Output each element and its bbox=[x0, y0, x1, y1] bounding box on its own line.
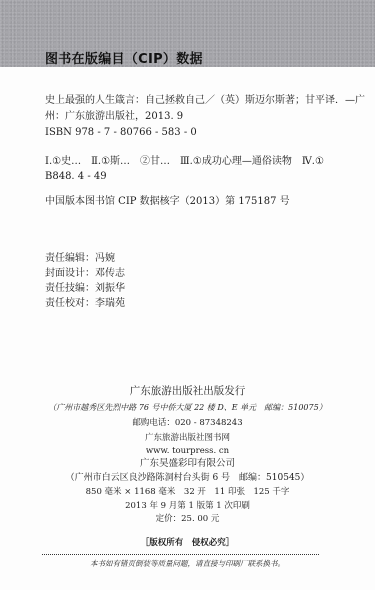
credit-proofreader: 责任校对：李瑞苑 bbox=[45, 298, 125, 310]
printer-address: （广州市白云区良沙路陈洞村台头街 6 号 邮编：510545） bbox=[0, 472, 375, 484]
publisher-phone: 邮购电话：020 - 87348243 bbox=[0, 417, 375, 429]
publisher-issuer: 广东旅游出版社出版发行 bbox=[0, 385, 375, 397]
credit-name: 邓传志 bbox=[95, 268, 125, 279]
spec-edition: 2013 年 9 月第 1 版第 1 次印刷 bbox=[0, 500, 375, 512]
publisher-website-label: 广东旅游出版社图书网 bbox=[0, 432, 375, 444]
credit-role: 责任技编： bbox=[45, 283, 95, 294]
spec-format: 850 毫米 × 1168 毫米 32 开 11 印张 125 千字 bbox=[0, 486, 375, 498]
credit-role: 责任校对： bbox=[45, 298, 95, 309]
cip-isbn: ISBN 978 - 7 - 80766 - 583 - 0 bbox=[45, 127, 197, 139]
credit-name: 冯婉 bbox=[95, 253, 115, 264]
credit-cover-design: 封面设计：邓传志 bbox=[45, 268, 125, 280]
cip-title-line: 史上最强的人生箴言：自己拯救自己／（英）斯迈尔斯著；甘平译．—广 bbox=[45, 95, 365, 107]
rights-notice: ［版权所有 侵权必究］ bbox=[0, 537, 375, 549]
dotted-divider bbox=[42, 554, 319, 555]
publisher-website: www. tourpress. cn bbox=[0, 445, 375, 457]
cip-publisher-line: 州：广东旅游出版社，2013. 9 bbox=[45, 111, 183, 123]
credit-editor: 责任编辑：冯婉 bbox=[45, 253, 115, 265]
credit-tech-editor: 责任技编：刘振华 bbox=[45, 283, 125, 295]
cip-core-record: 中国版本图书馆 CIP 数据核字（2013）第 175187 号 bbox=[45, 196, 290, 208]
cip-subjects: Ⅰ.①史… Ⅱ.①斯… ②甘… Ⅲ.①成功心理—通俗读物 Ⅳ.① bbox=[45, 156, 324, 168]
quality-note: 本书如有错页倒装等质量问题，请直接与印刷厂联系换书。 bbox=[0, 558, 375, 570]
cip-classification: B848. 4 - 49 bbox=[45, 171, 107, 183]
spec-price: 定价：25. 00 元 bbox=[0, 513, 375, 525]
printer-name: 广东昊盛彩印有限公司 bbox=[0, 458, 375, 470]
publisher-address: （广州市越秀区先烈中路 76 号中侨大厦 22 楼 D、E 单元 邮编：5100… bbox=[0, 402, 375, 414]
credit-name: 李瑞苑 bbox=[95, 298, 125, 309]
credit-role: 封面设计： bbox=[45, 268, 95, 279]
credit-role: 责任编辑： bbox=[45, 253, 95, 264]
credit-name: 刘振华 bbox=[95, 283, 125, 294]
cip-header-title: 图书在版编目（CIP）数据 bbox=[45, 48, 203, 67]
